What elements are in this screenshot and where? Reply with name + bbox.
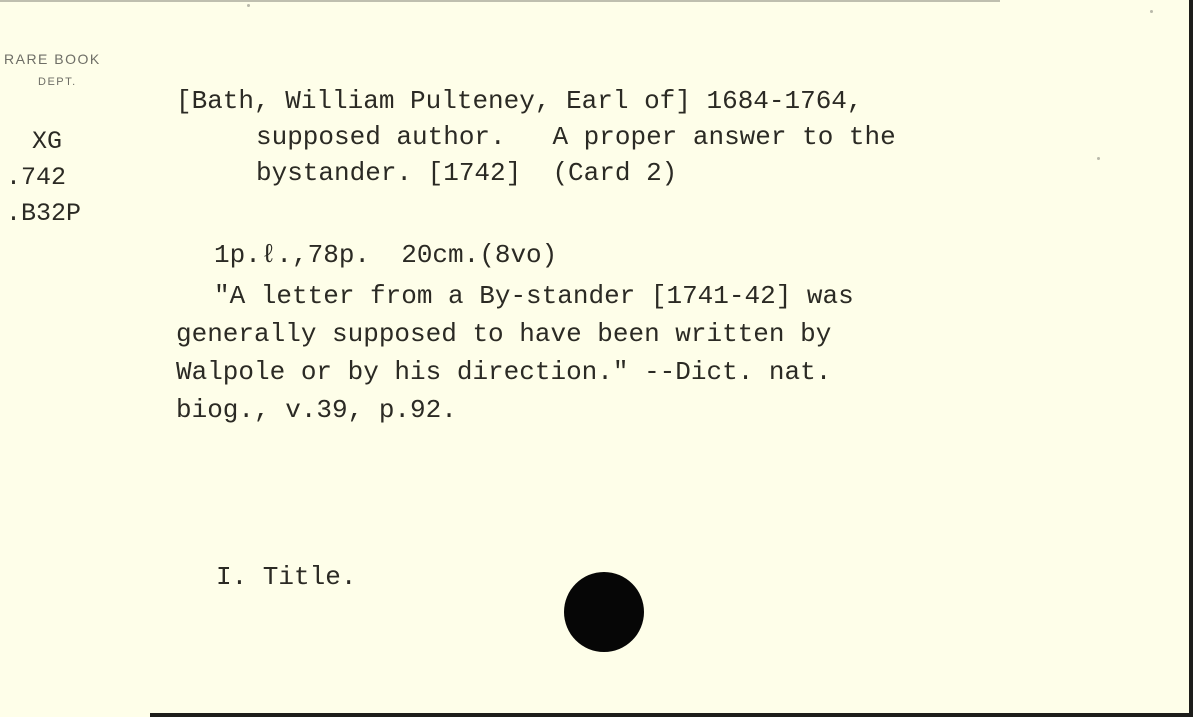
card-top-edge [0,0,1000,2]
speck [1097,157,1100,160]
card-right-edge [1189,0,1193,717]
catalog-card: RARE BOOK DEPT. XG .742 .B32P [Bath, Wil… [0,0,1193,717]
title-line-2: bystander. [1742] (Card 2) [256,155,677,191]
collation: 1p.ℓ.,78p. 20cm.(8vo) [214,237,557,273]
author-heading: [Bath, William Pulteney, Earl of] 1684-1… [176,83,863,119]
note-line-2: generally supposed to have been written … [176,316,831,352]
punch-hole [564,572,644,652]
call-number-cutter: .B32P [6,196,81,232]
speck [247,4,250,7]
title-line-1: supposed author. A proper answer to the [256,119,896,155]
call-number: XG .742 .B32P [6,124,81,232]
call-number-number: .742 [6,160,81,196]
card-bottom-edge [150,713,1193,717]
note-line-4: biog., v.39, p.92. [176,392,457,428]
tracing: I. Title. [216,559,356,595]
note-line-1: "A letter from a By-stander [1741-42] wa… [214,278,854,314]
call-number-class: XG [6,124,81,160]
note-line-3: Walpole or by his direction." --Dict. na… [176,354,831,390]
stamp-line-2: DEPT. [38,77,77,88]
speck [1150,10,1153,13]
stamp-line-1: RARE BOOK [4,52,101,66]
